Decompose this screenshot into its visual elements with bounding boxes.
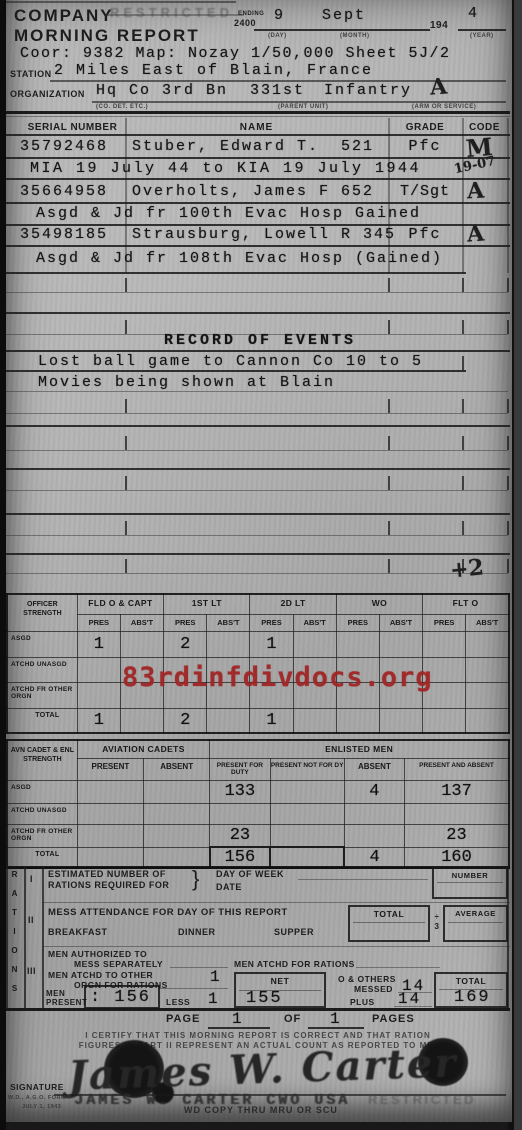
pages-line [308,1027,364,1029]
roster-row-grade: Pfc [389,138,461,155]
co-det-label: (CO. DET. ETC.) [96,104,148,110]
column-tick [388,521,390,535]
rule-line [6,391,508,392]
officer-sub-header-row: PRES ABS'T PRES ABS'T PRES ABS'T PRES AB… [7,614,509,631]
abst-header: ABS'T [207,614,250,631]
stamp-strike-line [106,14,244,16]
signature-label: SIGNATURE [10,1082,64,1092]
restricted-stamp-bottom: RESTRICTED [368,1092,476,1107]
roster-row-underline [6,178,510,180]
men-atchd-other-line [158,988,228,989]
column-line-code [462,118,464,273]
rations-left-border [6,866,8,1008]
rule-line [6,553,510,555]
officer-row-asgd: ASGD 1 2 1 [7,631,509,657]
roster-row-serial: 35664958 [20,183,108,200]
column-tick [507,278,509,292]
row-label: ATCHD UNASGD [7,803,77,824]
column-tick [462,476,464,490]
cadet-sub-header-row: PRESENT ABSENT PRESENT FOR DUTY PRESENT … [7,758,509,780]
cell [77,780,143,803]
divide-by-three: ÷ 3 [432,912,442,933]
o-others-label-2: MESSED [354,984,393,994]
column-tick [125,476,127,490]
net-box-label: NET [236,976,324,986]
rule-line [6,573,508,574]
cadet-strength-title: AVN CADET & ENL STRENGTH [7,740,77,780]
date-label: DATE [216,882,242,892]
plus-label: PLUS [350,997,375,1007]
restricted-stamp-top: RESTRICTED [110,5,233,20]
pres-header: PRES [164,614,207,631]
roster-row-serial: 35498185 [20,226,108,243]
men-present-value: : 156 [90,988,151,1007]
rule-line [6,468,510,470]
day-label: (DAY) [268,33,287,39]
column-tick [388,476,390,490]
abst-header: ABS'T [293,614,336,631]
men-present-box: : 156 [84,985,160,1009]
roster-row-serial: 35792468 [20,138,108,155]
roster-header-serial: SERIAL NUMBER [20,122,125,133]
organization-label: ORGANIZATION [10,89,85,99]
rule-line [6,413,508,414]
report-day-value: 9 [274,7,285,24]
cell [207,631,250,657]
cell [77,803,143,824]
column-tick [125,521,127,535]
pres-header: PRES [250,614,293,631]
officer-group-1st-lt: 1ST LT [164,594,250,614]
roster-row-underline [6,202,510,204]
cell [344,803,404,824]
roster-header-code: CODE [462,122,507,133]
section-numeral-one: I [30,874,33,884]
officer-strength-title: OFFICER STRENGTH [7,594,77,631]
rations-vertical-label: RATIONS [10,870,19,1006]
men-atchd-for-rations-line [356,967,440,968]
cell: 1 [250,631,293,657]
ending-label: ENDING [238,11,264,17]
roster-row-name: Strausburg, Lowell R 345 [132,226,396,243]
row-label: ASGD [7,631,77,657]
cell [77,824,143,847]
rations-section-divider [42,902,510,903]
column-tick [462,320,464,334]
net-value: 155 [246,989,283,1008]
report-month-value: Sept [322,7,366,24]
cell [344,824,404,847]
officer-group-2d-lt: 2D LT [250,594,336,614]
officer-row-total: TOTAL 1 2 1 [7,708,509,733]
average-box: AVERAGE [443,905,508,942]
breakfast-label: BREAKFAST [48,927,108,937]
parent-unit-label: (PARENT UNIT) [278,104,328,110]
less-value: 1 [208,990,220,1008]
number-box-line [437,882,503,883]
page-line [208,1027,270,1029]
cell [144,803,210,824]
column-tick [462,436,464,450]
estimated-rations-label-1: ESTIMATED NUMBER OF [48,869,166,879]
page-value: 1 [232,1010,244,1028]
cell [77,682,120,708]
column-tick [388,278,390,292]
rations-total-value: 169 [454,988,491,1007]
less-label: LESS [166,997,190,1007]
rations-section-divider [42,946,510,947]
rule-line [6,292,508,293]
aviation-cadets-header: AVIATION CADETS [77,740,210,758]
rations-total-box-label: TOTAL [436,976,506,986]
organization-code-handwritten: A [429,73,448,100]
row-label: TOTAL [7,708,77,733]
form-number: W.D., A.G.O. FORM [8,1095,66,1101]
rations-letter-divider [24,866,26,1008]
cell: 4 [344,847,404,868]
roster-row-underline [6,157,510,159]
row-label: ASGD [7,780,77,803]
row-label: TOTAL [7,847,77,868]
abst-header: ABS'T [120,614,163,631]
cell [210,803,270,824]
column-tick [507,320,509,334]
date-underline [254,29,430,31]
cell [144,847,210,868]
roster-row-name: Overholts, James F 652 [132,183,374,200]
column-line-right [507,118,509,273]
cell [466,657,509,682]
morning-report-form: COMPANY RESTRICTED MORNING REPORT ENDING… [6,0,512,1122]
officer-group-flt-o: FLT O [423,594,509,614]
cell [207,708,250,733]
abst-header: ABS'T [379,614,422,631]
pres-header: PRES [423,614,466,631]
organization-value: Hq Co 3rd Bn 331st [96,82,305,99]
rule-line [6,513,510,515]
mess-total-box: TOTAL [348,905,430,942]
column-tick [125,436,127,450]
plus-line [394,1006,432,1007]
mess-total-box-line [353,922,425,923]
column-tick [125,559,127,573]
number-box: NUMBER [432,867,508,899]
coordinates-line: Coor: 9382 Map: Nozay 1/50,000 Sheet 5J/… [20,45,451,62]
roster-row-name: Asgd & Jd fr 108th Evac Hosp (Gained) [36,250,443,267]
organization-underline [92,101,506,103]
rule-line [6,370,466,372]
cell [270,803,344,824]
roster-row-code-handwritten: A [466,220,485,247]
roster-row-name: Stuber, Edward T. 521 [132,138,374,155]
roster-row-underline [6,272,466,274]
month-label: (MONTH) [340,33,370,39]
station-label: STATION [10,69,52,79]
cell: 2 [164,631,207,657]
cell: 23 [405,824,510,847]
roster-header-underline [6,134,510,136]
cell: 4 [344,780,404,803]
cadet-row-atchd-unasgd: ATCHD UNASGD [7,803,509,824]
event-line: Movies being shown at Blain [38,374,335,391]
present-and-absent-header: PRESENT AND ABSENT [405,758,510,780]
record-of-events-heading: RECORD OF EVENTS [164,332,356,349]
report-year-value: 4 [468,5,479,22]
column-tick [462,356,464,370]
section-numeral-three: III [27,966,36,976]
officer-group-header-row: OFFICER STRENGTH FLD O & CAPT 1ST LT 2D … [7,594,509,614]
cell: 133 [210,780,270,803]
column-tick [462,521,464,535]
row-label: ATCHD UNASGD [7,657,77,682]
cell [423,631,466,657]
number-box-label: NUMBER [434,871,506,880]
form-date: JULY 1, 1943 [22,1104,61,1110]
cell [405,803,510,824]
cadet-row-total: TOTAL 156 4 160 [7,847,509,868]
rule-line [6,350,510,352]
ending-time: 2400 [234,18,256,28]
cell [379,631,422,657]
enlisted-strength-body: AVN CADET & ENL STRENGTH AVIATION CADETS… [7,740,509,868]
cell [293,708,336,733]
column-tick [462,399,464,413]
column-tick [507,476,509,490]
men-atchd-other-value: 1 [210,968,222,986]
column-tick [125,399,127,413]
roster-row-name: Asgd & Jd fr 100th Evac Hosp Gained [36,205,421,222]
cell [77,657,120,682]
cell [466,682,509,708]
cell [466,708,509,733]
cell: 2 [164,708,207,733]
cell [77,847,143,868]
officer-group-wo: WO [336,594,422,614]
cadet-row-atchd-fr: ATCHD FR OTHER ORGN 23 23 [7,824,509,847]
average-box-line [448,922,503,923]
net-box: NET 155 [234,972,326,1008]
rations-bottom-border [6,1008,510,1011]
form-title-line2: MORNING REPORT [14,26,200,46]
dinner-label: DINNER [178,927,216,937]
cell [144,824,210,847]
column-tick [507,559,509,573]
mess-separately-label: MESS SEPARATELY [74,959,163,969]
present-label: PRESENT [46,998,87,1007]
brace-glyph: } [192,866,200,892]
rule-line [6,535,508,536]
column-tick [507,521,509,535]
cadet-group-header-row: AVN CADET & ENL STRENGTH AVIATION CADETS… [7,740,509,758]
present-for-duty-header: PRESENT FOR DUTY [210,758,270,780]
cell [120,631,163,657]
roster-row-name: MIA 19 July 44 to KIA 19 July 1944 [30,160,421,177]
cell: 156 [210,847,270,868]
enlisted-absent-header: ABSENT [344,758,404,780]
men-authorized-label: MEN AUTHORIZED TO [48,949,147,959]
estimated-rations-label-2: RATIONS REQUIRED FOR [48,880,169,890]
column-tick [388,559,390,573]
roster-row-underline [6,245,510,247]
pages-value: 1 [330,1010,342,1028]
enlisted-men-header: ENLISTED MEN [210,740,509,758]
roster-row-code-handwritten: A [466,178,484,205]
cell: 160 [405,847,510,868]
column-tick [507,399,509,413]
roster-row-grade: T/Sgt [389,183,461,200]
rule-line [6,312,510,314]
cell [270,780,344,803]
margin-note-handwritten: +2 [449,554,485,583]
pres-header: PRES [336,614,379,631]
page-label: PAGE [166,1013,200,1025]
cell: 1 [250,708,293,733]
o-others-label-1: O & OTHERS [338,974,396,984]
day-of-week-line [298,879,428,880]
event-line: Lost ball game to Cannon Co 10 to 5 [38,353,423,370]
organization-arm-value: Infantry [324,82,412,99]
column-tick [462,278,464,292]
of-label: OF [284,1013,301,1025]
section-divider [6,111,510,114]
column-tick [125,320,127,334]
enlisted-strength-table: AVN CADET & ENL STRENGTH AVIATION CADETS… [6,739,510,869]
cell: 1 [77,631,120,657]
row-label: ATCHD FR OTHER ORGN [7,824,77,847]
mess-total-box-label: TOTAL [350,909,428,919]
men-label: MEN [46,989,65,998]
cell [466,631,509,657]
pres-header: PRES [77,614,120,631]
year-prefix: 194 [430,20,448,31]
roster-header-grade: GRADE [388,122,462,133]
wd-copy-line: WD COPY THRU MRU OR SCU [184,1105,338,1115]
pages-label: PAGES [372,1013,415,1025]
roster-header-name: NAME [125,122,388,133]
arm-service-label: (ARM OR SERVICE) [412,104,476,110]
cell: 137 [405,780,510,803]
scanned-document: COMPANY RESTRICTED MORNING REPORT ENDING… [0,0,522,1130]
supper-label: SUPPER [274,927,314,937]
rule-line [6,425,510,427]
day-of-week-label: DAY OF WEEK [216,869,284,879]
rations-total-box: TOTAL 169 [434,972,508,1008]
cell [120,708,163,733]
cell [293,631,336,657]
cell [336,631,379,657]
year-label: (YEAR) [470,33,494,39]
cell [336,708,379,733]
cell [144,780,210,803]
form-title-line1: COMPANY [14,6,114,26]
section-numeral-two: II [28,915,34,925]
column-tick [388,320,390,334]
year-underline [458,29,506,31]
cell: 23 [210,824,270,847]
mess-attendance-title: MESS ATTENDANCE FOR DAY OF THIS REPORT [48,907,288,918]
column-tick [388,436,390,450]
rations-numeral-divider [42,866,44,1008]
scan-edge-line [6,1,236,3]
officer-group-fld-capt: FLD O & CAPT [77,594,163,614]
abst-header: ABS'T [466,614,509,631]
absent-header: ABSENT [144,758,210,780]
column-tick [388,399,390,413]
cell [270,847,344,868]
men-atchd-other-label-1: MEN ATCHD TO OTHER [48,970,153,980]
present-not-for-duty-header: PRESENT NOT FOR DY [270,758,344,780]
column-tick [507,436,509,450]
cell: 1 [77,708,120,733]
watermark-text: 83rdinfdivdocs.org [122,662,433,693]
station-value: 2 Miles East of Blain, France [54,62,373,79]
roster-row-grade: Pfc [389,226,461,243]
men-atchd-for-rations-label: MEN ATCHD FOR RATIONS [234,959,355,969]
cadet-row-asgd: ASGD 133 4 137 [7,780,509,803]
rule-line [6,450,508,451]
row-label: ATCHD FR OTHER ORGN [7,682,77,708]
cell [423,708,466,733]
rule-line [6,490,508,491]
present-header: PRESENT [77,758,143,780]
column-tick [125,278,127,292]
average-box-label: AVERAGE [445,909,506,918]
section-divider-light [6,116,510,117]
cell [379,708,422,733]
cell [270,824,344,847]
